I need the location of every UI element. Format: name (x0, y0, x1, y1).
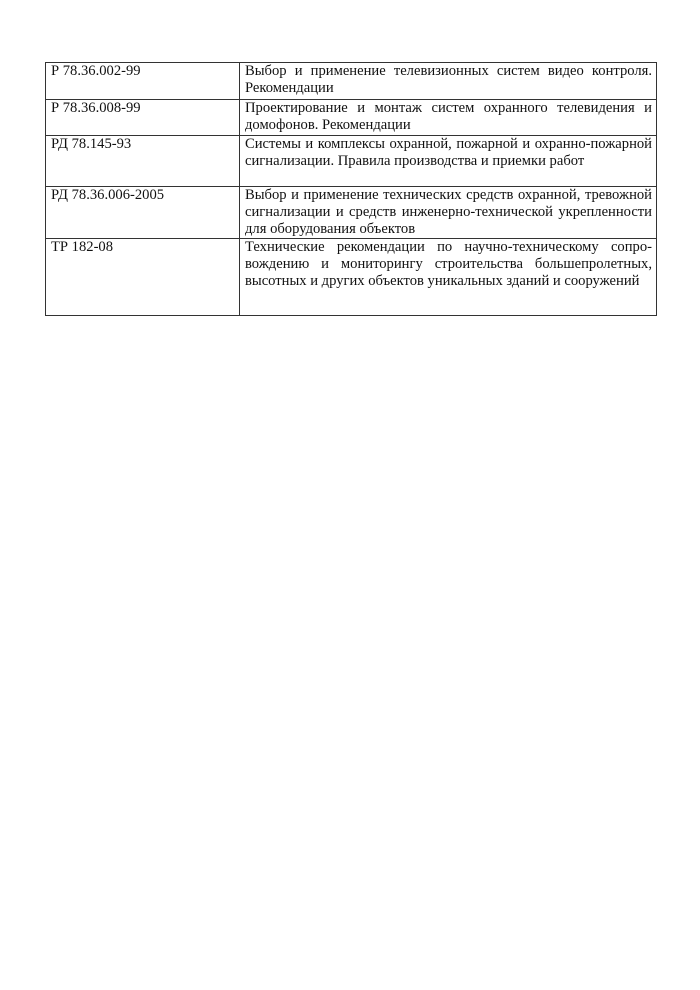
document-code: РД 78.36.006-2005 (46, 187, 240, 239)
table-row: Р 78.36.008-99 Проектирование и монтаж с… (46, 100, 657, 136)
table-row: РД 78.36.006-2005 Выбор и применение тех… (46, 187, 657, 239)
document-title: Технические рекомендации по научно-техни… (240, 239, 657, 316)
table-row: РД 78.145-93 Системы и комплексы охранно… (46, 136, 657, 187)
document-title: Проектирование и монтаж систем охранного… (240, 100, 657, 136)
document-code: РД 78.145-93 (46, 136, 240, 187)
document-title: Выбор и применение технических средств о… (240, 187, 657, 239)
normative-documents-table: Р 78.36.002-99 Выбор и применение телеви… (45, 62, 657, 316)
document-code: Р 78.36.002-99 (46, 63, 240, 100)
document-title: Системы и комплексы охранной, пожарной и… (240, 136, 657, 187)
table-row: Р 78.36.002-99 Выбор и применение телеви… (46, 63, 657, 100)
document-code: ТР 182-08 (46, 239, 240, 316)
document-page: Р 78.36.002-99 Выбор и применение телеви… (0, 0, 700, 990)
document-code: Р 78.36.008-99 (46, 100, 240, 136)
document-title: Выбор и применение телевизионных систем … (240, 63, 657, 100)
table-row: ТР 182-08 Технические рекомендации по на… (46, 239, 657, 316)
